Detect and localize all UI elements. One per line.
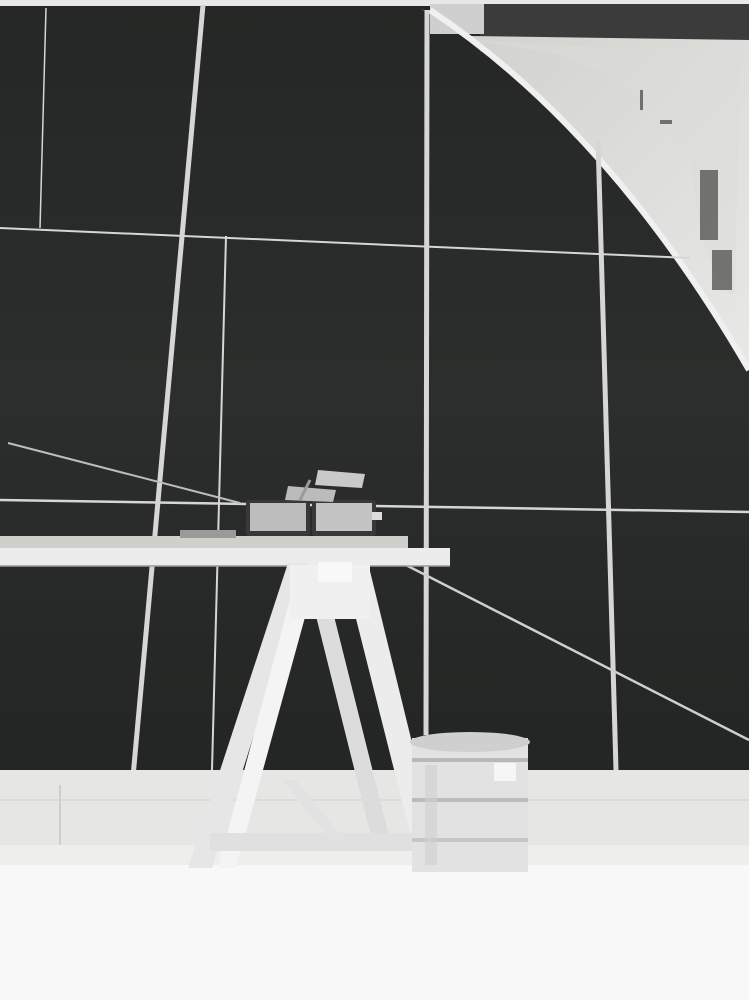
floor bbox=[0, 845, 749, 1000]
photo-scene bbox=[0, 0, 749, 1000]
photograph: Black-and-white photograph of a sawhorse… bbox=[0, 0, 749, 1000]
metal-canister bbox=[410, 732, 530, 872]
